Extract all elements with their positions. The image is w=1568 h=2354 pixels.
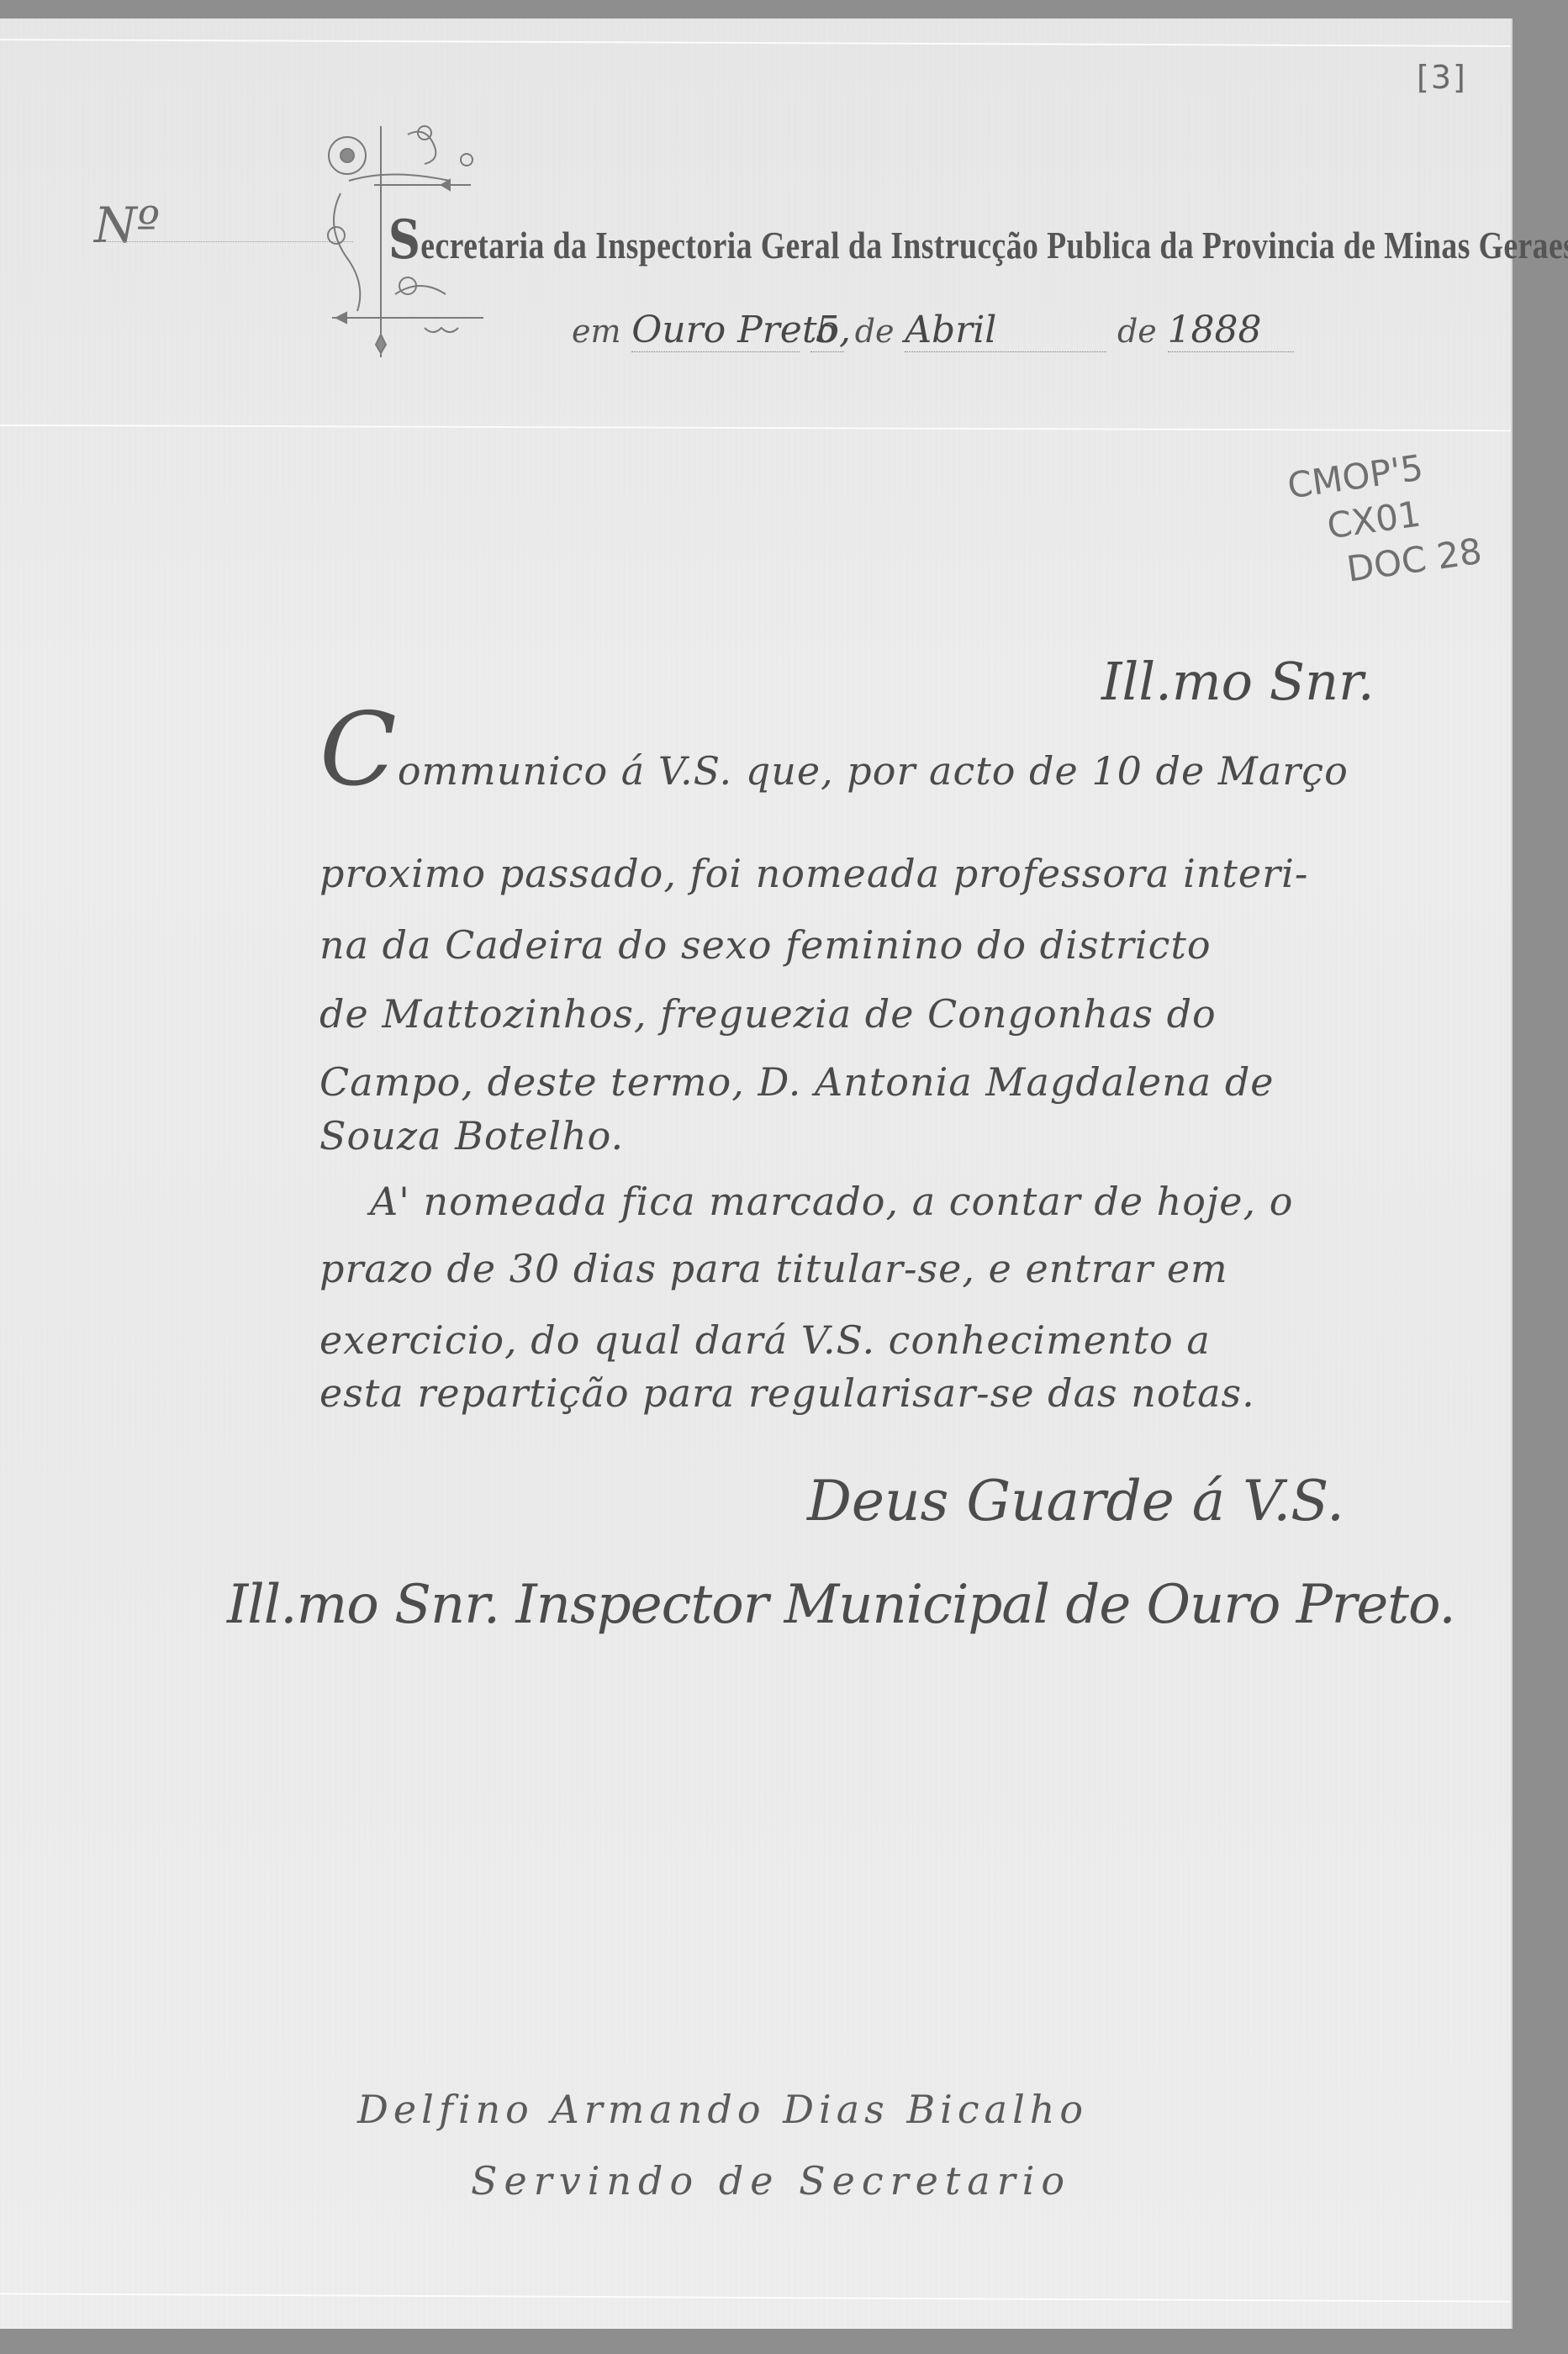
folio-number: [3] — [1417, 59, 1467, 96]
fold-crease — [0, 2293, 1511, 2302]
body-line: prazo de 30 dias para titular-se, e entr… — [319, 1246, 1228, 1291]
salutation: Ill.mo Snr. — [1101, 651, 1375, 712]
body-line: Communico á V.S. que, por acto de 10 de … — [319, 748, 1349, 794]
closing: Deus Guarde á V.S. — [807, 1469, 1344, 1533]
body-line: esta repartição para regularisar-se das … — [319, 1370, 1255, 1416]
letterhead-title-initial: S — [388, 208, 420, 272]
dateline: em Ouro Preto, 5 de Abril de 1888 — [572, 309, 1294, 352]
fold-crease — [0, 425, 1511, 431]
number-label: Nº — [94, 197, 160, 254]
date-prefix: em — [572, 313, 621, 350]
signature-role: Servindo de Secretario — [471, 2158, 1071, 2204]
body-line: Campo, deste termo, D. Antonia Magdalena… — [319, 1059, 1275, 1105]
body-line: de Mattozinhos, freguezia de Congonhas d… — [319, 991, 1217, 1037]
body-line: exercicio, do qual dará V.S. conheciment… — [319, 1317, 1211, 1363]
drop-cap: C — [319, 692, 398, 809]
date-city: Ouro Preto, — [631, 309, 800, 352]
body-line: proximo passado, foi nomeada professora … — [319, 851, 1308, 896]
archive-reference: CMOP'5 CX01 DOC 28 — [1285, 439, 1485, 599]
date-year-prefix: de — [1117, 313, 1157, 350]
document-page: [3] Nº Secretaria da Inspectoria Geral d… — [0, 18, 1513, 2329]
date-day: 5 — [810, 309, 844, 352]
fold-crease — [0, 39, 1511, 47]
body-line: Souza Botelho. — [319, 1113, 624, 1159]
body-line: na da Cadeira do sexo feminino do distri… — [319, 922, 1212, 968]
date-month: Abril — [905, 309, 1106, 352]
signature-name: Delfino Armando Dias Bicalho — [357, 2087, 1088, 2132]
letterhead-title: Secretaria da Inspectoria Geral da Instr… — [388, 208, 1568, 272]
date-year: 1888 — [1168, 309, 1294, 352]
paper-texture — [0, 18, 1511, 2329]
body-line: A' nomeada fica marcado, a contar de hoj… — [370, 1179, 1293, 1224]
addressee: Ill.mo Snr. Inspector Municipal de Ouro … — [227, 1574, 1455, 1636]
date-separator: de — [855, 313, 895, 350]
letterhead-title-text: ecretaria da Inspectoria Geral da Instru… — [420, 224, 1568, 267]
